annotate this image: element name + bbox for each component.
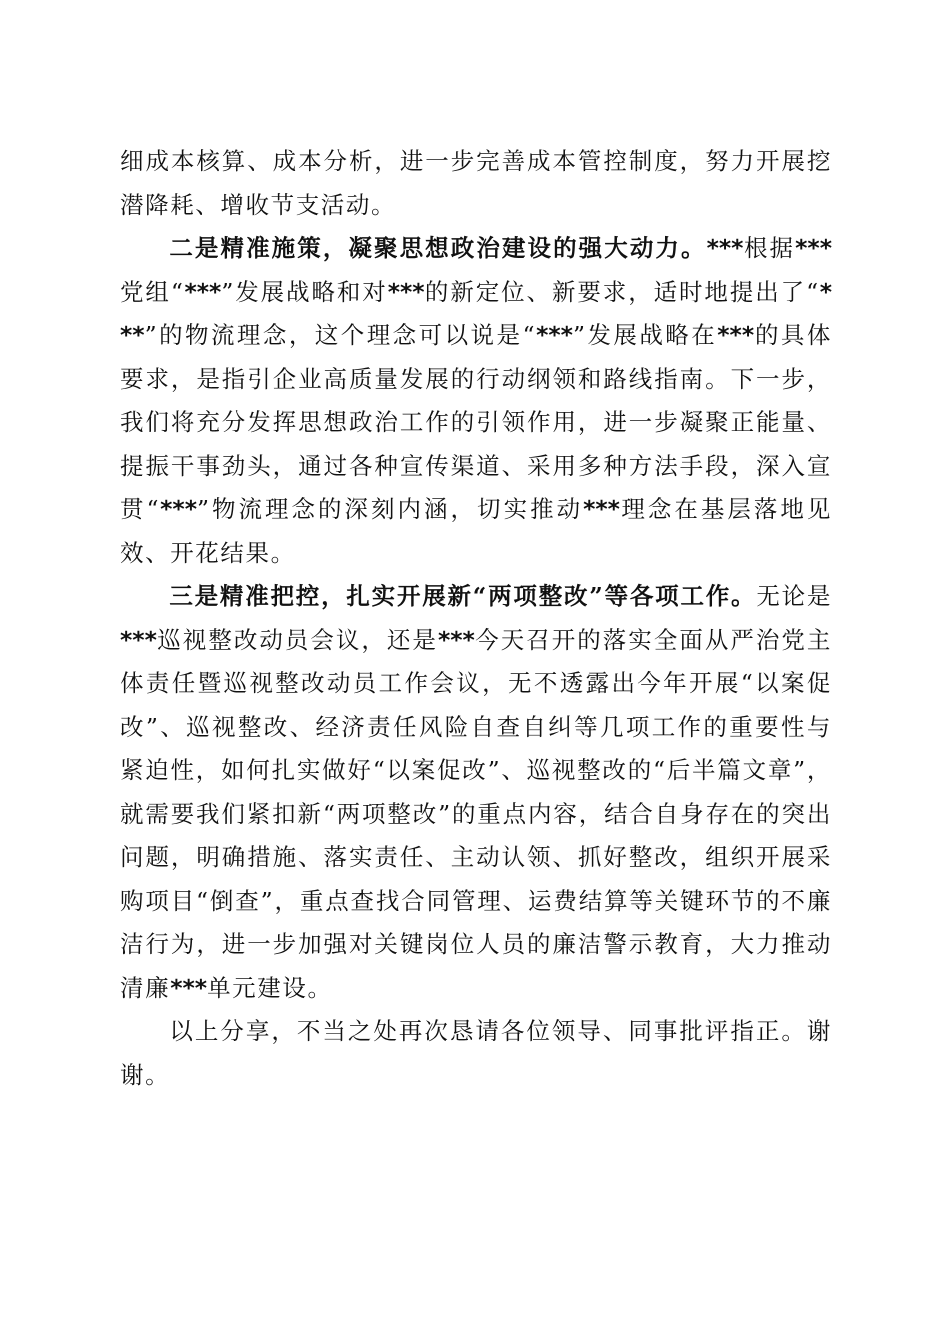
paragraph-ideological-work: 二是精准施策，凝聚思想政治建设的强大动力。***根据***党组“***”发展战略…: [120, 227, 832, 575]
paragraph-cost-control-continuation: 细成本核算、成本分析，进一步完善成本管控制度，努力开展挖潜降耗、增收节支活动。: [120, 140, 832, 227]
redacted-placeholder: ***: [717, 321, 754, 349]
paragraph-text: 细成本核算、成本分析，进一步完善成本管控制度，努力开展挖潜降耗、增收节支活动。: [120, 147, 832, 219]
paragraph-rectification-work: 三是精准把控，扎实开展新“两项整改”等各项工作。无论是***巡视整改动员会议，还…: [120, 575, 832, 1010]
redacted-placeholder: ***: [438, 626, 475, 654]
paragraph-text: ***根据***党组“***”发展战略和对***的新定位、新要求，适时地提出了“…: [120, 234, 832, 567]
paragraph-heading-third-point: 三是精准把控，扎实开展新“两项整改”等各项工作。: [169, 582, 756, 610]
redacted-placeholder: ***: [388, 278, 425, 306]
document-body: 细成本核算、成本分析，进一步完善成本管控制度，努力开展挖潜降耗、增收节支活动。 …: [120, 140, 832, 1097]
redacted-placeholder: ***: [120, 626, 157, 654]
paragraph-heading-second-point: 二是精准施策，凝聚思想政治建设的强大动力。: [169, 234, 706, 262]
document-page: 细成本核算、成本分析，进一步完善成本管控制度，努力开展挖潜降耗、增收节支活动。 …: [0, 0, 950, 1344]
redacted-placeholder: ***: [184, 278, 221, 306]
redacted-placeholder: ***: [160, 495, 197, 523]
paragraph-text: 无论是***巡视整改动员会议，还是***今天召开的落实全面从严治党主体责任暨巡视…: [120, 582, 832, 1002]
redacted-placeholder: ***: [795, 234, 832, 262]
paragraph-text: 以上分享，不当之处再次恳请各位领导、同事批评指正。谢谢。: [120, 1017, 832, 1089]
redacted-placeholder: ***: [707, 234, 744, 262]
redacted-placeholder: ***: [583, 495, 620, 523]
redacted-placeholder: ***: [170, 974, 207, 1002]
paragraph-closing-remarks: 以上分享，不当之处再次恳请各位领导、同事批评指正。谢谢。: [120, 1010, 832, 1097]
redacted-placeholder: ***: [536, 321, 573, 349]
